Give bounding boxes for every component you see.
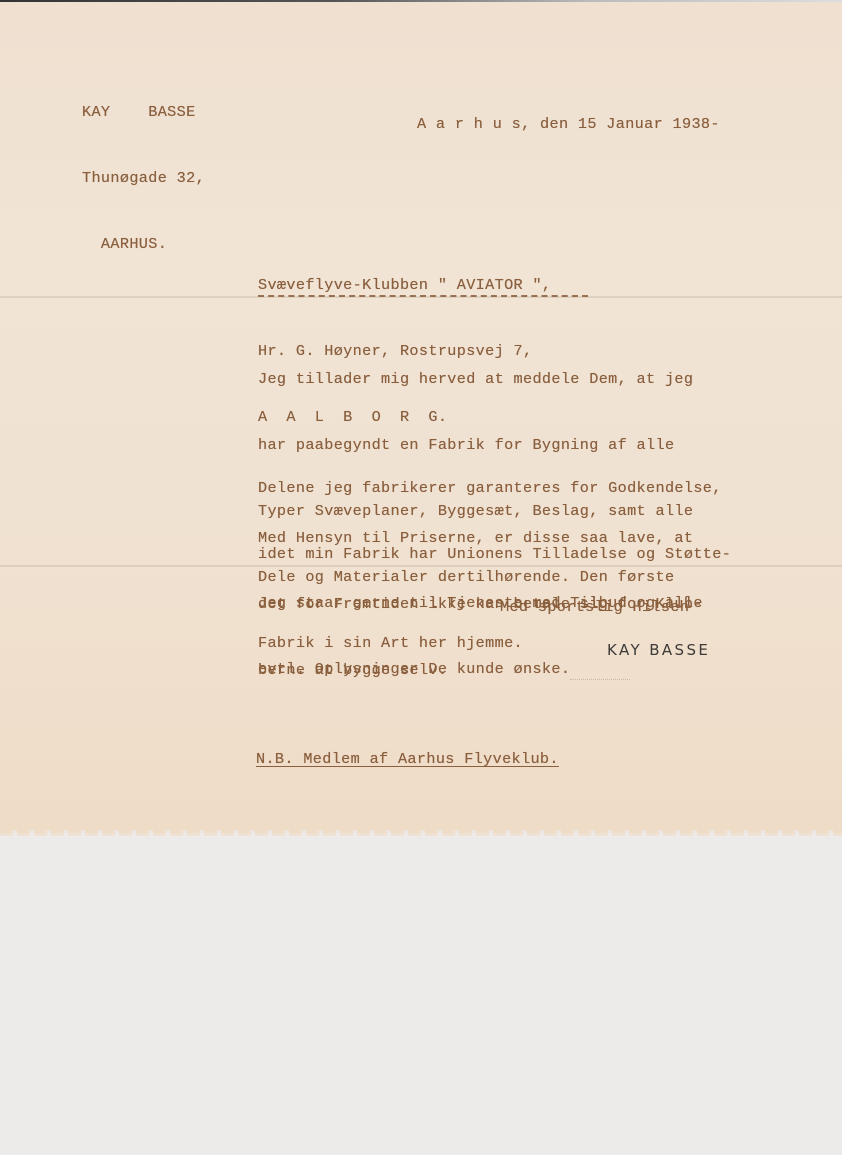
signature: KAY BASSE <box>607 641 710 659</box>
signature-line <box>570 679 630 680</box>
body-line: Med Hensyn til Priserne, er disse saa la… <box>258 527 703 549</box>
sender-address: KAY BASSE Thunøgade 32, AARHUS. <box>82 57 205 299</box>
paragraph-4: Jeg staar gerne til Tjeneste med Tilbud … <box>258 548 703 724</box>
sender-street: Thunøgade 32, <box>82 167 205 189</box>
sender-name: KAY BASSE <box>82 101 205 123</box>
scan-edge <box>0 0 842 2</box>
letter-paper: KAY BASSE Thunøgade 32, AARHUS. A a r h … <box>0 0 842 833</box>
postscript: N.B. Medlem af Aarhus Flyveklub. <box>256 748 559 770</box>
recipient-club: Svæveflyve-Klubben " AVIATOR ", <box>258 274 551 296</box>
date-line: A a r h u s, den 15 Januar 1938- <box>417 113 720 135</box>
address-divider <box>258 295 588 297</box>
body-line: Jeg tillader mig herved at meddele Dem, … <box>258 368 693 390</box>
sender-city: AARHUS. <box>82 233 205 255</box>
body-line: evtl. Oplysninger De kunde ønske. <box>258 658 703 680</box>
closing-salutation: Med sportslig Hilsen <box>500 596 689 618</box>
